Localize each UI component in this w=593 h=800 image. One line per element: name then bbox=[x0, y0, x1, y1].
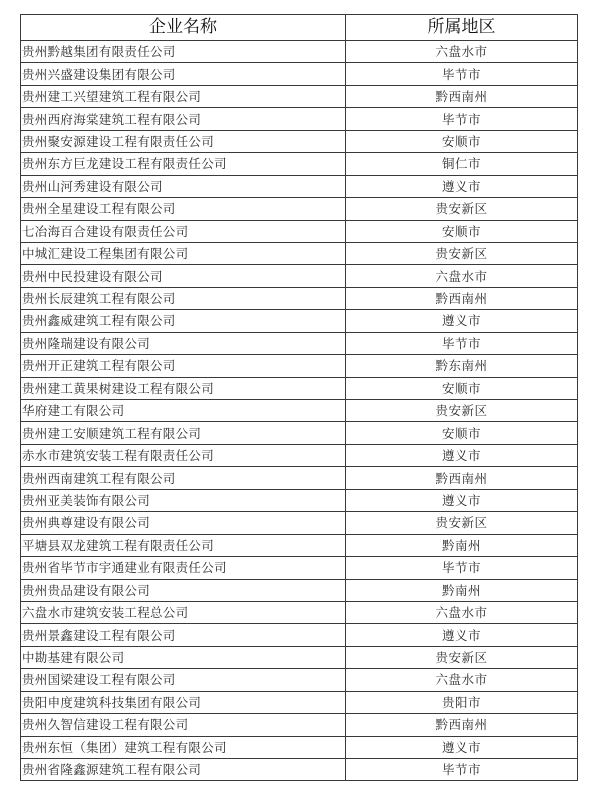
company-name-cell: 贵州山河秀建设有限公司 bbox=[21, 175, 346, 197]
region-cell: 毕节市 bbox=[346, 759, 578, 781]
table-row: 贵州建工安顺建筑工程有限公司安顺市 bbox=[21, 422, 578, 444]
region-cell: 黔西南州 bbox=[346, 287, 578, 309]
company-name-cell: 中城汇建设工程集团有限公司 bbox=[21, 242, 346, 264]
table-row: 贵州亚美装饰有限公司遵义市 bbox=[21, 489, 578, 511]
region-cell: 毕节市 bbox=[346, 557, 578, 579]
region-cell: 安顺市 bbox=[346, 220, 578, 242]
table-body: 贵州黔越集团有限责任公司六盘水市贵州兴盛建设集团有限公司毕节市贵州建工兴望建筑工… bbox=[21, 41, 578, 781]
table-row: 贵州景鑫建设工程有限公司遵义市 bbox=[21, 624, 578, 646]
region-cell: 遵义市 bbox=[346, 310, 578, 332]
company-name-cell: 贵州久智信建设工程有限公司 bbox=[21, 714, 346, 736]
region-cell: 毕节市 bbox=[346, 63, 578, 85]
column-header-company-name: 企业名称 bbox=[21, 15, 346, 41]
table-row: 贵州东恒（集团）建筑工程有限公司遵义市 bbox=[21, 736, 578, 758]
region-cell: 六盘水市 bbox=[346, 601, 578, 623]
table-row: 贵州长辰建筑工程有限公司黔西南州 bbox=[21, 287, 578, 309]
company-name-cell: 七冶海百合建设有限责任公司 bbox=[21, 220, 346, 242]
company-name-cell: 贵州黔越集团有限责任公司 bbox=[21, 41, 346, 63]
region-cell: 贵安新区 bbox=[346, 242, 578, 264]
company-name-cell: 贵州建工黄果树建设工程有限公司 bbox=[21, 377, 346, 399]
region-cell: 黔西南州 bbox=[346, 467, 578, 489]
region-cell: 贵安新区 bbox=[346, 646, 578, 668]
table-row: 贵州东方巨龙建设工程有限责任公司铜仁市 bbox=[21, 153, 578, 175]
table-row: 贵阳申度建筑科技集团有限公司贵阳市 bbox=[21, 691, 578, 713]
company-name-cell: 贵州西府海棠建筑工程有限公司 bbox=[21, 108, 346, 130]
company-name-cell: 贵州隆瑞建设有限公司 bbox=[21, 332, 346, 354]
table-row: 华府建工有限公司贵安新区 bbox=[21, 400, 578, 422]
table-row: 六盘水市建筑安装工程总公司六盘水市 bbox=[21, 601, 578, 623]
region-cell: 安顺市 bbox=[346, 130, 578, 152]
table-row: 赤水市建筑安装工程有限责任公司遵义市 bbox=[21, 444, 578, 466]
region-cell: 遵义市 bbox=[346, 624, 578, 646]
company-name-cell: 贵州长辰建筑工程有限公司 bbox=[21, 287, 346, 309]
company-name-cell: 贵阳申度建筑科技集团有限公司 bbox=[21, 691, 346, 713]
region-cell: 六盘水市 bbox=[346, 41, 578, 63]
region-cell: 贵阳市 bbox=[346, 691, 578, 713]
table-row: 贵州黔越集团有限责任公司六盘水市 bbox=[21, 41, 578, 63]
table-row: 平塘县双龙建筑工程有限责任公司黔南州 bbox=[21, 534, 578, 556]
company-name-cell: 贵州建工兴望建筑工程有限公司 bbox=[21, 85, 346, 107]
company-name-cell: 六盘水市建筑安装工程总公司 bbox=[21, 601, 346, 623]
company-name-cell: 贵州全星建设工程有限公司 bbox=[21, 198, 346, 220]
enterprise-table: 企业名称 所属地区 贵州黔越集团有限责任公司六盘水市贵州兴盛建设集团有限公司毕节… bbox=[20, 14, 578, 781]
table-row: 贵州建工兴望建筑工程有限公司黔西南州 bbox=[21, 85, 578, 107]
table-row: 贵州贵品建设有限公司黔南州 bbox=[21, 579, 578, 601]
company-name-cell: 贵州景鑫建设工程有限公司 bbox=[21, 624, 346, 646]
region-cell: 毕节市 bbox=[346, 332, 578, 354]
region-cell: 六盘水市 bbox=[346, 265, 578, 287]
region-cell: 六盘水市 bbox=[346, 669, 578, 691]
company-name-cell: 贵州兴盛建设集团有限公司 bbox=[21, 63, 346, 85]
company-name-cell: 贵州省毕节市宇通建业有限责任公司 bbox=[21, 557, 346, 579]
table-row: 贵州全星建设工程有限公司贵安新区 bbox=[21, 198, 578, 220]
company-name-cell: 贵州聚安源建设工程有限责任公司 bbox=[21, 130, 346, 152]
region-cell: 黔东南州 bbox=[346, 355, 578, 377]
table-row: 贵州省毕节市宇通建业有限责任公司毕节市 bbox=[21, 557, 578, 579]
table-row: 贵州兴盛建设集团有限公司毕节市 bbox=[21, 63, 578, 85]
company-name-cell: 赤水市建筑安装工程有限责任公司 bbox=[21, 444, 346, 466]
table-row: 中城汇建设工程集团有限公司贵安新区 bbox=[21, 242, 578, 264]
region-cell: 遵义市 bbox=[346, 444, 578, 466]
company-name-cell: 贵州省隆鑫源建筑工程有限公司 bbox=[21, 759, 346, 781]
region-cell: 黔西南州 bbox=[346, 85, 578, 107]
table-row: 七冶海百合建设有限责任公司安顺市 bbox=[21, 220, 578, 242]
table-row: 贵州山河秀建设有限公司遵义市 bbox=[21, 175, 578, 197]
company-name-cell: 贵州西南建筑工程有限公司 bbox=[21, 467, 346, 489]
table-row: 贵州国梁建设工程有限公司六盘水市 bbox=[21, 669, 578, 691]
table-row: 贵州省隆鑫源建筑工程有限公司毕节市 bbox=[21, 759, 578, 781]
table-row: 贵州隆瑞建设有限公司毕节市 bbox=[21, 332, 578, 354]
company-name-cell: 中勘基建有限公司 bbox=[21, 646, 346, 668]
table-row: 贵州西府海棠建筑工程有限公司毕节市 bbox=[21, 108, 578, 130]
region-cell: 安顺市 bbox=[346, 377, 578, 399]
table-row: 贵州久智信建设工程有限公司黔西南州 bbox=[21, 714, 578, 736]
region-cell: 安顺市 bbox=[346, 422, 578, 444]
table-row: 贵州中民投建设有限公司六盘水市 bbox=[21, 265, 578, 287]
region-cell: 黔西南州 bbox=[346, 714, 578, 736]
table-row: 贵州开正建筑工程有限公司黔东南州 bbox=[21, 355, 578, 377]
region-cell: 遵义市 bbox=[346, 736, 578, 758]
region-cell: 黔南州 bbox=[346, 579, 578, 601]
region-cell: 贵安新区 bbox=[346, 512, 578, 534]
region-cell: 贵安新区 bbox=[346, 198, 578, 220]
company-name-cell: 华府建工有限公司 bbox=[21, 400, 346, 422]
company-name-cell: 贵州建工安顺建筑工程有限公司 bbox=[21, 422, 346, 444]
table-row: 贵州典尊建设有限公司贵安新区 bbox=[21, 512, 578, 534]
company-name-cell: 贵州东恒（集团）建筑工程有限公司 bbox=[21, 736, 346, 758]
table-row: 贵州鑫威建筑工程有限公司遵义市 bbox=[21, 310, 578, 332]
company-name-cell: 贵州典尊建设有限公司 bbox=[21, 512, 346, 534]
region-cell: 黔南州 bbox=[346, 534, 578, 556]
company-name-cell: 贵州国梁建设工程有限公司 bbox=[21, 669, 346, 691]
table-row: 贵州西南建筑工程有限公司黔西南州 bbox=[21, 467, 578, 489]
company-name-cell: 贵州中民投建设有限公司 bbox=[21, 265, 346, 287]
company-name-cell: 贵州贵品建设有限公司 bbox=[21, 579, 346, 601]
region-cell: 毕节市 bbox=[346, 108, 578, 130]
company-name-cell: 贵州开正建筑工程有限公司 bbox=[21, 355, 346, 377]
company-name-cell: 贵州亚美装饰有限公司 bbox=[21, 489, 346, 511]
company-name-cell: 贵州东方巨龙建设工程有限责任公司 bbox=[21, 153, 346, 175]
region-cell: 遵义市 bbox=[346, 489, 578, 511]
column-header-region: 所属地区 bbox=[346, 15, 578, 41]
region-cell: 遵义市 bbox=[346, 175, 578, 197]
table-row: 贵州聚安源建设工程有限责任公司安顺市 bbox=[21, 130, 578, 152]
table-row: 贵州建工黄果树建设工程有限公司安顺市 bbox=[21, 377, 578, 399]
table-row: 中勘基建有限公司贵安新区 bbox=[21, 646, 578, 668]
region-cell: 铜仁市 bbox=[346, 153, 578, 175]
region-cell: 贵安新区 bbox=[346, 400, 578, 422]
table-header-row: 企业名称 所属地区 bbox=[21, 15, 578, 41]
company-name-cell: 贵州鑫威建筑工程有限公司 bbox=[21, 310, 346, 332]
company-name-cell: 平塘县双龙建筑工程有限责任公司 bbox=[21, 534, 346, 556]
